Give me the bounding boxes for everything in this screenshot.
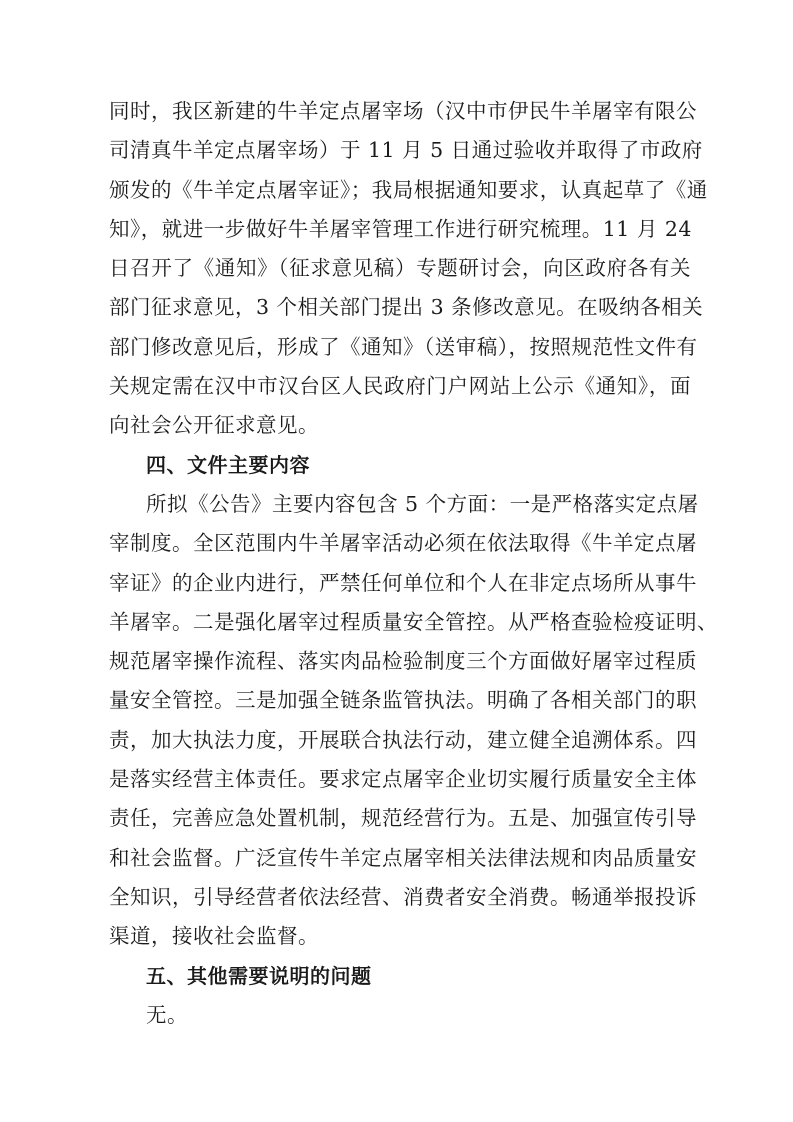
text-line: 宰制度。全区范围内牛羊屠宰活动必须在依法取得《牛羊定点屠 (109, 524, 691, 563)
section-heading-4: 四、文件主要内容 (109, 446, 691, 485)
text-line: 关规定需在汉中市汉台区人民政府门户网站上公示《通知》，面 (109, 367, 691, 406)
text-line: 全知识，引导经营者依法经营、消费者安全消费。畅通举报投诉 (109, 878, 691, 917)
text-line: 渠道，接收社会监督。 (109, 917, 691, 956)
paragraph-continued: 同时，我区新建的牛羊定点屠宰场（汉中市伊民牛羊屠宰有限公 司清真牛羊定点屠宰场）… (109, 92, 691, 446)
text-line: 和社会监督。广泛宣传牛羊定点屠宰相关法律法规和肉品质量安 (109, 839, 691, 878)
text-line: 责任，完善应急处置机制，规范经营行为。五是、加强宣传引导 (109, 799, 691, 838)
text-line: 量安全管控。三是加强全链条监管执法。明确了各相关部门的职 (109, 681, 691, 720)
text-line: 颁发的《牛羊定点屠宰证》；我局根据通知要求，认真起草了《通 (109, 171, 691, 210)
section-heading-5: 五、其他需要说明的问题 (109, 957, 691, 996)
text-line: 日召开了《通知》（征求意见稿）专题研讨会，向区政府各有关 (109, 249, 691, 288)
text-line: 所拟《公告》主要内容包含 5 个方面：一是严格落实定点屠 (109, 485, 691, 524)
text-line: 司清真牛羊定点屠宰场）于 11 月 5 日通过验收并取得了市政府 (109, 131, 691, 170)
text-line: 部门修改意见后，形成了《通知》（送审稿），按照规范性文件有 (109, 328, 691, 367)
text-line: 宰证》的企业内进行，严禁任何单位和个人在非定点场所从事牛 (109, 564, 691, 603)
text-line: 知》，就进一步做好牛羊屠宰管理工作进行研究梳理。11 月 24 (109, 210, 691, 249)
document-page: 同时，我区新建的牛羊定点屠宰场（汉中市伊民牛羊屠宰有限公 司清真牛羊定点屠宰场）… (109, 92, 691, 1035)
text-line: 羊屠宰。二是强化屠宰过程质量安全管控。从严格查验检疫证明、 (109, 603, 691, 642)
text-line: 部门征求意见，3 个相关部门提出 3 条修改意见。在吸纳各相关 (109, 288, 691, 327)
text-line: 责，加大执法力度，开展联合执法行动，建立健全追溯体系。四 (109, 721, 691, 760)
text-line: 向社会公开征求意见。 (109, 406, 691, 445)
text-line: 规范屠宰操作流程、落实肉品检验制度三个方面做好屠宰过程质 (109, 642, 691, 681)
text-line: 同时，我区新建的牛羊定点屠宰场（汉中市伊民牛羊屠宰有限公 (109, 92, 691, 131)
section-5-body: 无。 (109, 996, 691, 1035)
section-4-body: 所拟《公告》主要内容包含 5 个方面：一是严格落实定点屠 宰制度。全区范围内牛羊… (109, 485, 691, 957)
text-line: 是落实经营主体责任。要求定点屠宰企业切实履行质量安全主体 (109, 760, 691, 799)
